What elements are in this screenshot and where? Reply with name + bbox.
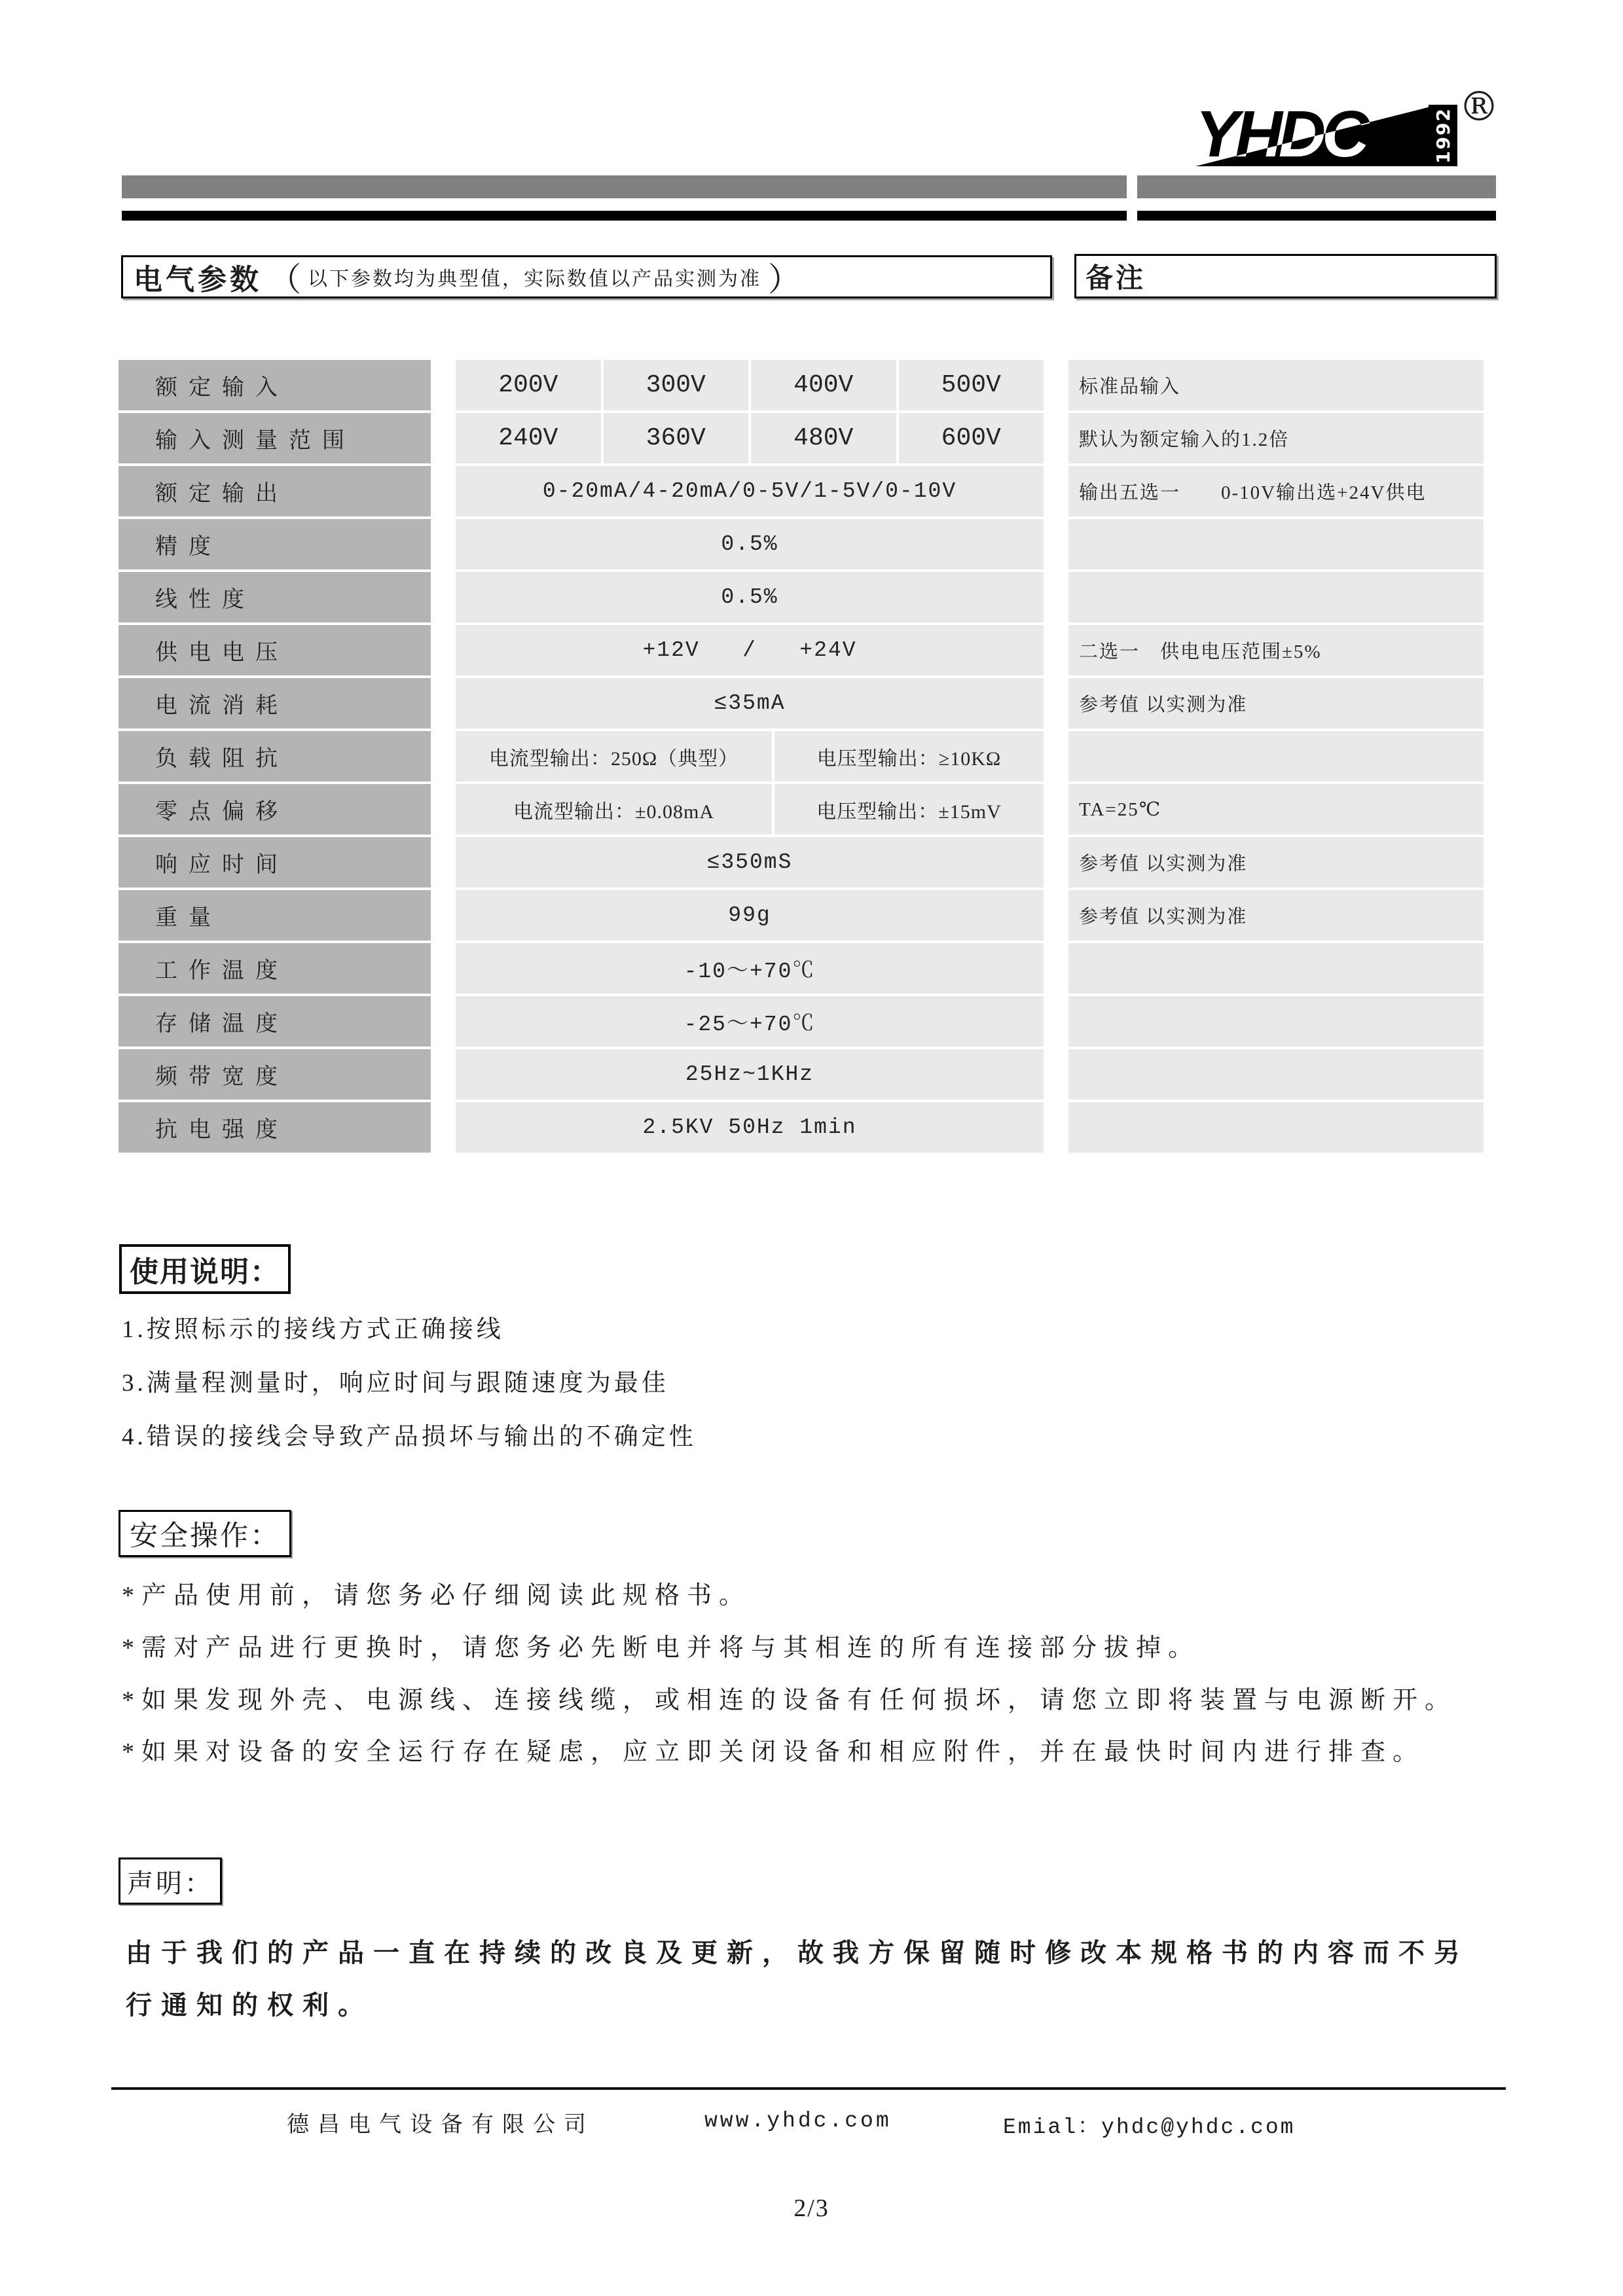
usage-item: 3.满量程测量时，响应时间与跟随速度为最佳	[122, 1363, 669, 1398]
row-label: 重量	[119, 890, 431, 941]
safety-operation-heading: 安全操作：	[119, 1510, 291, 1557]
table-row: 输入测量范围 240V 360V 480V 600V 默认为额定输入的1.2倍	[119, 413, 1484, 463]
table-row: 响应时间 ≤350mS 参考值 以实测为准	[119, 837, 1484, 888]
table-row: 负载阻抗 电流型输出：250Ω（典型） 电压型输出：≥10KΩ	[119, 731, 1484, 781]
table-row: 零点偏移 电流型输出：±0.08mA 电压型输出：±15mV TA=25℃	[119, 784, 1484, 834]
row-values: 200V 300V 400V 500V	[456, 360, 1044, 410]
table-row: 电流消耗 ≤35mA 参考值 以实测为准	[119, 678, 1484, 728]
row-remark: 参考值 以实测为准	[1068, 890, 1484, 941]
row-remark: TA=25℃	[1068, 784, 1484, 834]
value-cell: 电流型输出：±0.08mA	[456, 784, 772, 834]
table-row: 供电电压 +12V / +24V 二选一 供电电压范围±5%	[119, 625, 1484, 675]
logo-year: 1992	[1432, 107, 1454, 164]
row-value: 25Hz~1KHz	[456, 1049, 1044, 1100]
value-cell: 240V	[456, 413, 601, 463]
table-row: 额定输入 200V 300V 400V 500V 标准品输入	[119, 360, 1484, 410]
row-label: 抗电强度	[119, 1102, 431, 1153]
row-value: -10～+70℃	[456, 943, 1044, 994]
row-remark	[1068, 519, 1484, 569]
value-cell: 200V	[456, 360, 601, 410]
row-label: 额定输入	[119, 360, 431, 410]
footer-rule	[111, 2087, 1506, 2090]
table-row: 频带宽度 25Hz~1KHz	[119, 1049, 1484, 1100]
footer-email: Emial：yhdc@yhdc.com	[1003, 2109, 1295, 2140]
header-bar-black-right	[1137, 211, 1496, 221]
row-values: 电流型输出：250Ω（典型） 电压型输出：≥10KΩ	[456, 731, 1044, 781]
page-number: 2/3	[0, 2194, 1623, 2223]
row-values: 240V 360V 480V 600V	[456, 413, 1044, 463]
row-value: 2.5KV 50Hz 1min	[456, 1102, 1044, 1153]
header-bar-black-left	[122, 211, 1127, 221]
row-remark: 参考值 以实测为准	[1068, 678, 1484, 728]
row-label: 电流消耗	[119, 678, 431, 728]
remark-column-header: 备注	[1074, 254, 1497, 298]
value-cell: 电压型输出：±15mV	[775, 784, 1044, 834]
row-remark	[1068, 943, 1484, 994]
paren-close: ）	[768, 253, 801, 300]
value-cell: 电压型输出：≥10KΩ	[775, 731, 1044, 781]
safety-item: *如果发现外壳、电源线、连接线缆，或相连的设备有任何损坏，请您立即将装置与电源断…	[122, 1679, 1457, 1715]
safety-heading-label: 安全操作：	[130, 1514, 280, 1554]
row-label: 输入测量范围	[119, 413, 431, 463]
remark-header-label: 备注	[1085, 257, 1146, 296]
value-cell: 600V	[899, 413, 1044, 463]
row-remark	[1068, 572, 1484, 622]
table-row: 线性度 0.5%	[119, 572, 1484, 622]
declaration-text-line: 由于我们的产品一直在持续的改良及更新，故我方保留随时修改本规格书的内容而不另	[126, 1932, 1469, 1969]
table-row: 工作温度 -10～+70℃	[119, 943, 1484, 994]
row-label: 额定输出	[119, 466, 431, 516]
row-label: 供电电压	[119, 625, 431, 675]
value-cell: 480V	[751, 413, 896, 463]
value-cell: 360V	[604, 413, 749, 463]
row-label: 线性度	[119, 572, 431, 622]
paren-open: （	[268, 253, 301, 300]
row-remark	[1068, 1102, 1484, 1153]
usage-heading-label: 使用说明：	[130, 1248, 280, 1290]
row-label: 工作温度	[119, 943, 431, 994]
electrical-params-header: 电气参数 （ 以下参数均为典型值，实际数值以产品实测为准 ）	[121, 255, 1052, 298]
row-remark	[1068, 731, 1484, 781]
value-cell: 400V	[751, 360, 896, 410]
row-remark: 标准品输入	[1068, 360, 1484, 410]
safety-item: *如果对设备的安全运行存在疑虑，应立即关闭设备和相应附件，并在最快时间内进行排查…	[122, 1731, 1425, 1767]
table-row: 重量 99g 参考值 以实测为准	[119, 890, 1484, 941]
table-row: 额定输出 0-20mA/4-20mA/0-5V/1-5V/0-10V 输出五选一…	[119, 466, 1484, 516]
usage-item: 4.错误的接线会导致产品损坏与输出的不确定性	[122, 1416, 697, 1452]
row-value: 0.5%	[456, 519, 1044, 569]
row-value: ≤35mA	[456, 678, 1044, 728]
header-bar-gray-left	[122, 175, 1127, 198]
row-remark	[1068, 996, 1484, 1047]
footer-website: www.yhdc.com	[704, 2109, 892, 2133]
row-value: ≤350mS	[456, 837, 1044, 888]
row-value: 99g	[456, 890, 1044, 941]
row-remark: 输出五选一 0-10V输出选+24V供电	[1068, 466, 1484, 516]
params-title: 电气参数	[134, 256, 262, 298]
value-cell: 300V	[604, 360, 749, 410]
row-label: 响应时间	[119, 837, 431, 888]
row-value: 0.5%	[456, 572, 1044, 622]
usage-instructions-heading: 使用说明：	[119, 1244, 291, 1294]
row-value: 0-20mA/4-20mA/0-5V/1-5V/0-10V	[456, 466, 1044, 516]
table-row: 抗电强度 2.5KV 50Hz 1min	[119, 1102, 1484, 1153]
row-remark	[1068, 1049, 1484, 1100]
logo-year-box: 1992	[1429, 105, 1457, 166]
spec-table: 额定输入 200V 300V 400V 500V 标准品输入 输入测量范围 24…	[119, 360, 1484, 1155]
spec-sheet-page: YHDC YHDC 1992 ® 电气参数 （ 以下参数均为典型值，实际数值以产…	[0, 0, 1623, 2296]
safety-item: *产品使用前，请您务必仔细阅读此规格书。	[122, 1575, 751, 1611]
safety-item: *需对产品进行更换时，请您务必先断电并将与其相连的所有连接部分拔掉。	[122, 1627, 1200, 1663]
row-remark: 二选一 供电电压范围±5%	[1068, 625, 1484, 675]
yhdc-logo: YHDC YHDC	[1195, 103, 1429, 166]
declaration-heading-label: 声明：	[127, 1863, 213, 1900]
row-remark: 默认为额定输入的1.2倍	[1068, 413, 1484, 463]
row-label: 精度	[119, 519, 431, 569]
value-cell: 电流型输出：250Ω（典型）	[456, 731, 772, 781]
header-bar-gray-right	[1137, 175, 1496, 198]
row-label: 频带宽度	[119, 1049, 431, 1100]
row-value: -25～+70℃	[456, 996, 1044, 1047]
usage-item: 1.按照标示的接线方式正确接线	[122, 1309, 504, 1344]
table-row: 存储温度 -25～+70℃	[119, 996, 1484, 1047]
value-cell: 500V	[899, 360, 1044, 410]
row-label: 负载阻抗	[119, 731, 431, 781]
registered-trademark-icon: ®	[1459, 86, 1499, 127]
row-label: 零点偏移	[119, 784, 431, 834]
params-note: 以下参数均为典型值，实际数值以产品实测为准	[308, 262, 761, 291]
row-values: 电流型输出：±0.08mA 电压型输出：±15mV	[456, 784, 1044, 834]
row-remark: 参考值 以实测为准	[1068, 837, 1484, 888]
footer-company: 德昌电气设备有限公司	[287, 2106, 594, 2138]
row-value: +12V / +24V	[456, 625, 1044, 675]
row-label: 存储温度	[119, 996, 431, 1047]
declaration-text-line: 行通知的权利。	[126, 1984, 373, 2022]
table-row: 精度 0.5%	[119, 519, 1484, 569]
declaration-heading: 声明：	[119, 1857, 222, 1905]
